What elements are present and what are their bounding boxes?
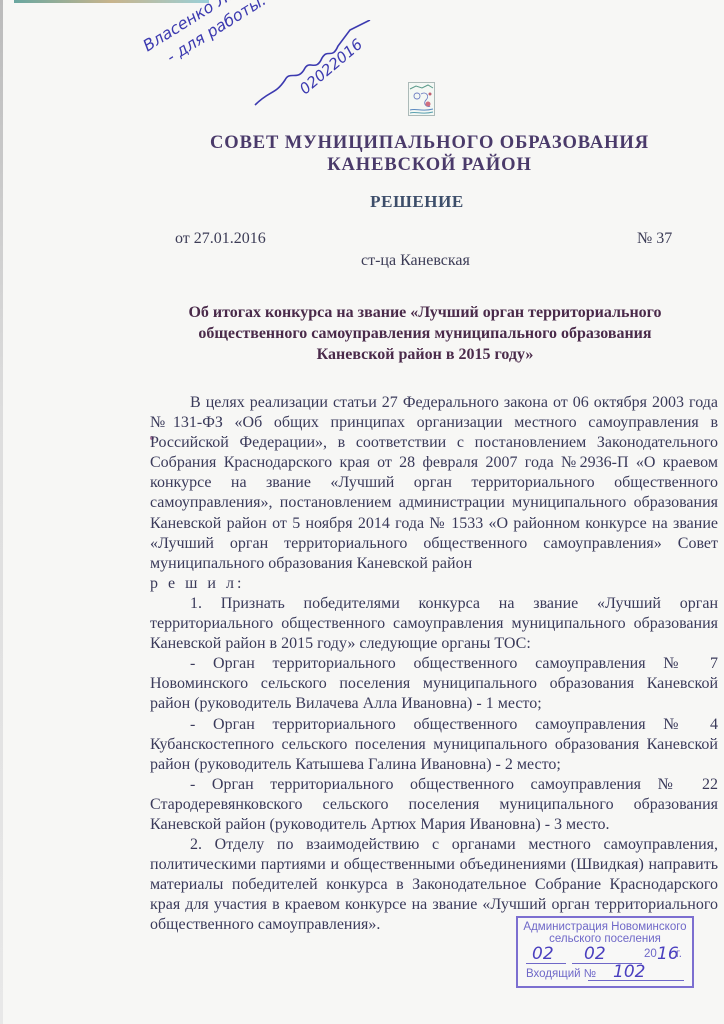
winner-second-place: - Орган территориального общественного с… <box>150 715 718 775</box>
scanned-document-page: Власенко Л.Е.: - для работы. 02022016 СО… <box>0 0 724 1024</box>
winner-first-place: - Орган территориального общественного с… <box>150 654 718 714</box>
stamp-date: 02 02 20 16 г. <box>526 946 684 964</box>
scan-edge-artifact <box>14 0 209 3</box>
document-date: от 27.01.2016 <box>175 230 266 248</box>
council-title-line1: СОВЕТ МУНИЦИПАЛЬНОГО ОБРАЗОВАНИЯ <box>210 133 649 153</box>
incoming-registration-stamp: Администрация Новоминского сельского пос… <box>516 916 694 988</box>
stamp-day: 02 <box>532 944 554 964</box>
coat-of-arms-icon <box>408 82 435 117</box>
stamp-month: 02 <box>584 944 606 964</box>
document-title: Об итогах конкурса на звание «Лучший орг… <box>150 302 700 365</box>
handwritten-signature-icon: 02022016 <box>250 20 380 110</box>
stamp-year-prefix: 20 <box>644 948 657 960</box>
winner-third-place: - Орган территориального общественного с… <box>150 775 718 835</box>
stamp-incoming-label: Входящий № <box>526 968 596 980</box>
stamp-year-unit: г. <box>676 948 682 960</box>
stamp-organization: Администрация Новоминского <box>518 921 692 933</box>
council-title-line2: КАНЕВСКОЙ РАЙОН <box>135 154 724 176</box>
underline <box>526 963 566 964</box>
preamble-paragraph: В целях реализации статьи 27 Федеральног… <box>150 393 718 574</box>
issuing-body-title: СОВЕТ МУНИЦИПАЛЬНОГО ОБРАЗОВАНИЯ КАНЕВСК… <box>0 132 724 176</box>
document-number: № 37 <box>637 230 672 248</box>
document-body: В целях реализации статьи 27 Федеральног… <box>150 393 718 936</box>
resolved-label: р е ш и л: <box>150 574 718 594</box>
title-line: общественного самоуправления муниципальн… <box>150 323 700 344</box>
title-line: Об итогах конкурса на звание «Лучший орг… <box>150 302 700 323</box>
document-place: ст-ца Каневская <box>361 252 470 270</box>
item-1-paragraph: 1. Признать победителями конкурса на зва… <box>150 594 718 654</box>
title-line: Каневской район в 2015 году» <box>150 344 700 365</box>
document-type-heading: РЕШЕНИЕ <box>0 192 724 212</box>
stamp-incoming-number: 102 <box>613 962 645 982</box>
